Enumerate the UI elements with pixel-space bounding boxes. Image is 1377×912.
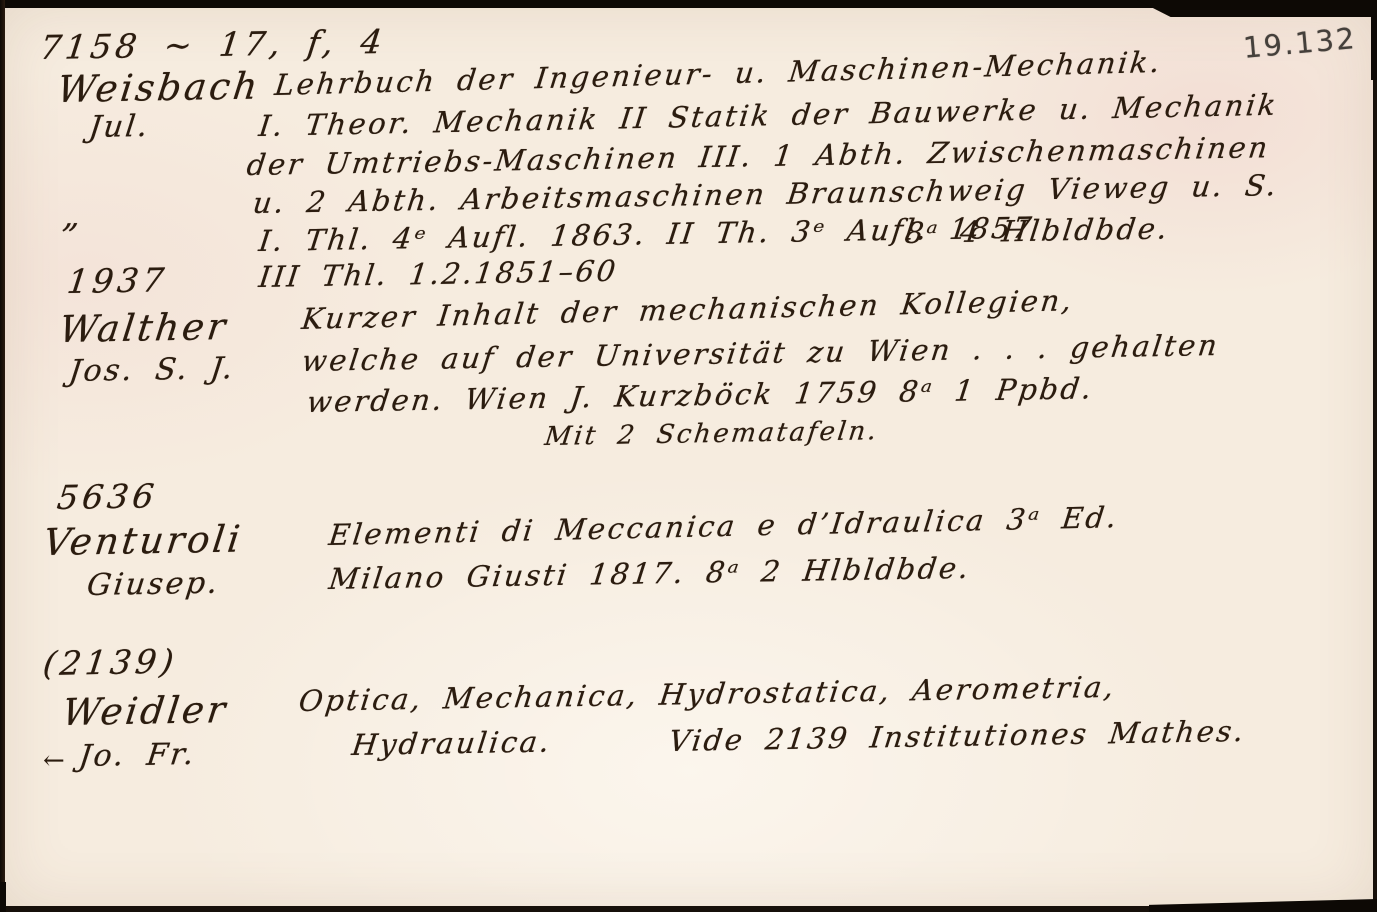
scan-edge-right-top xyxy=(1371,0,1377,80)
manuscript-page: 19.132 7158 ~ 17, f, 4 Weisbach Jul. „ L… xyxy=(5,8,1373,906)
entry-author: Weidler xyxy=(60,688,231,734)
entry-line: Milano Giusti 1817. 8ᵃ 2 Hlbldbde. xyxy=(327,551,973,596)
entry-shelfmark: 7158 ~ 17, f, 4 xyxy=(38,22,388,67)
entry-line: Hydraulica. xyxy=(350,725,554,762)
entry-author-forename: Jul. xyxy=(87,109,152,145)
entry-format-note: 8ᵃ 4 Hlbldbde. xyxy=(903,211,1171,250)
archive-folio-number: 19.132 xyxy=(1242,21,1358,65)
entry-shelfmark: 5636 xyxy=(55,476,160,517)
entry-author-forename: Jo. Fr. xyxy=(77,737,198,774)
scan-edge-left xyxy=(0,0,5,912)
entry-author: Walther xyxy=(57,305,231,351)
scan-edge-bottom-left xyxy=(0,882,6,912)
ditto-mark: „ xyxy=(61,196,87,235)
entry-author: Venturoli xyxy=(41,518,245,564)
entry-author: Weisbach xyxy=(55,64,263,111)
margin-arrow-mark: ← xyxy=(43,746,65,776)
entry-shelfmark: (2139) xyxy=(41,642,180,683)
scanned-catalog-page: { "page": { "archive_number": "19.132", … xyxy=(0,0,1377,912)
entry-author-forename: Giusep. xyxy=(85,566,222,603)
entry-shelfmark: 1937 xyxy=(65,260,170,301)
entry-line: Mit 2 Schematafeln. xyxy=(543,416,880,452)
entry-line: III Thl. 1.2.1851–60 xyxy=(257,254,620,294)
scan-edge-top-right xyxy=(1137,0,1377,17)
entry-author-forename: Jos. S. J. xyxy=(67,351,237,389)
entry-line: welche auf der Universität zu Wien . . .… xyxy=(300,328,1221,378)
entry-line: werden. Wien J. Kurzböck 1759 8ᵃ 1 Ppbd. xyxy=(305,371,1096,419)
entry-cross-reference: Vide 2139 Institutiones Mathes. xyxy=(667,714,1248,758)
entry-line: Optica, Mechanica, Hydrostatica, Aeromet… xyxy=(297,670,1118,718)
entry-line: Elementi di Meccanica e d’Idraulica 3ᵃ E… xyxy=(327,500,1121,552)
